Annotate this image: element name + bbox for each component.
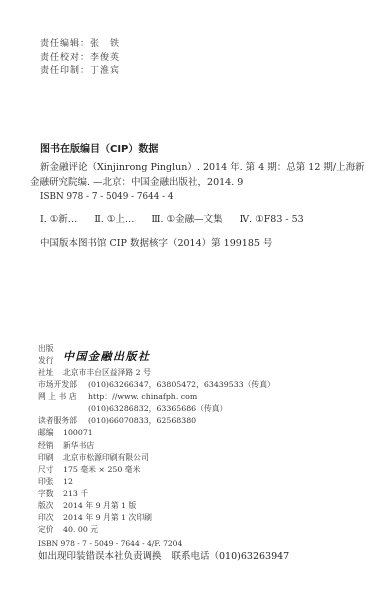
detail-value: (010)63286832，63365686（传真）: [88, 403, 227, 415]
notice-text: 如出现印装错误本社负责调换: [38, 551, 162, 562]
distribute-label: 发行: [38, 355, 54, 367]
detail-row-postcode: 邮编100071: [38, 427, 275, 439]
detail-row-reader-service: 读者服务部(010)66070833，62568380: [38, 415, 275, 427]
detail-label: [38, 403, 88, 415]
detail-label: 印次: [38, 512, 63, 524]
cip-line-2: 金融研究院编. —北京：中国金融出版社，2014. 9: [30, 175, 365, 190]
cip-classification: Ⅰ. ①新… Ⅱ. ①上… Ⅲ. ①金融—文集 Ⅳ. ①F83 - 53: [40, 211, 318, 225]
publication-details: 社址北京市丰台区益泽路 2 号 市场开发部(010)63266347，63805…: [38, 367, 275, 536]
defect-notice: 如出现印装错误本社负责调换联系电话（010)63263947: [38, 548, 289, 562]
detail-row-edition: 版次2014 年 9 月第 1 版: [38, 500, 275, 512]
notice-contact: 联系电话（010)63263947: [172, 551, 290, 562]
detail-row-distributor: 经销新华书店: [38, 440, 275, 452]
detail-row-marketing: 市场开发部(010)63266347，63805472，63439533（传真）: [38, 379, 275, 391]
publisher-logo: 中国金融出版社: [63, 348, 151, 364]
publisher-labels: 出版 发行: [38, 343, 54, 367]
detail-value: 2014 年 9 月第 1 次印刷: [63, 512, 152, 524]
detail-value: 12: [63, 476, 73, 488]
credit-value: 丁淮宾: [90, 66, 120, 76]
detail-label: 版次: [38, 500, 63, 512]
detail-label: 社址: [38, 367, 63, 379]
detail-label: 读者服务部: [38, 415, 88, 427]
detail-row-size: 尺寸175 毫米 × 250 毫米: [38, 464, 275, 476]
detail-row-online-store: 网 上 书 店http：//www. chinafph. com: [38, 391, 275, 403]
credit-label: 责任编辑：: [40, 39, 90, 49]
detail-label: 邮编: [38, 427, 63, 439]
credit-value: 李俊英: [90, 53, 120, 63]
detail-label: 字数: [38, 488, 63, 500]
credit-printing: 责任印制：丁淮宾: [40, 65, 120, 79]
cip-title: 图书在版编目（CIP）数据: [40, 140, 158, 155]
publish-label: 出版: [38, 343, 54, 355]
detail-row-online-phone: (010)63286832，63365686（传真）: [38, 403, 275, 415]
cip-number: 中国版本图书馆 CIP 数据核字（2014）第 199185 号: [40, 235, 272, 249]
detail-row-printing: 印次2014 年 9 月第 1 次印刷: [38, 512, 275, 524]
credit-proofreader: 责任校对：李俊英: [40, 52, 120, 66]
isbn-full: ISBN 978 - 7 - 5049 - 7644 - 4/F. 7204: [38, 539, 182, 548]
detail-value: 新华书店: [63, 440, 94, 452]
detail-label: 市场开发部: [38, 379, 88, 391]
detail-label: 定价: [38, 524, 63, 536]
responsibility-credits: 责任编辑：张 铁 责任校对：李俊英 责任印制：丁淮宾: [40, 38, 120, 79]
detail-value: (010)63266347，63805472，63439533（传真）: [88, 379, 275, 391]
detail-row-price: 定价40. 00 元: [38, 524, 275, 536]
detail-value: 175 毫米 × 250 毫米: [63, 464, 140, 476]
detail-label: 尺寸: [38, 464, 63, 476]
cip-isbn: ISBN 978 - 7 - 5049 - 7644 - 4: [30, 190, 365, 205]
detail-row-sheets: 印张12: [38, 476, 275, 488]
detail-value: 2014 年 9 月第 1 版: [63, 500, 136, 512]
detail-label: 经销: [38, 440, 63, 452]
classification-3: Ⅲ. ①金融—文集: [151, 214, 222, 225]
detail-label: 印张: [38, 476, 63, 488]
detail-value: (010)66070833，62568380: [88, 415, 196, 427]
detail-row-printer: 印刷北京市松源印刷有限公司: [38, 452, 275, 464]
classification-2: Ⅱ. ①上…: [94, 214, 134, 225]
detail-row-address: 社址北京市丰台区益泽路 2 号: [38, 367, 275, 379]
detail-label: 印刷: [38, 452, 63, 464]
cip-body: 新金融评论（Xinjinrong Pinglun）. 2014 年. 第 4 期…: [30, 160, 365, 205]
detail-value: http：//www. chinafph. com: [88, 391, 197, 403]
detail-value: 北京市松源印刷有限公司: [63, 452, 149, 464]
credit-editor: 责任编辑：张 铁: [40, 38, 120, 52]
classification-1: Ⅰ. ①新…: [40, 214, 77, 225]
credit-value: 张 铁: [90, 39, 120, 49]
detail-value: 40. 00 元: [63, 524, 98, 536]
detail-value: 100071: [63, 427, 93, 439]
detail-row-word-count: 字数213 千: [38, 488, 275, 500]
credit-label: 责任印制：: [40, 66, 90, 76]
detail-label: 网 上 书 店: [38, 391, 88, 403]
classification-4: Ⅳ. ①F83 - 53: [240, 214, 304, 225]
credit-label: 责任校对：: [40, 53, 90, 63]
cip-line-1: 新金融评论（Xinjinrong Pinglun）. 2014 年. 第 4 期…: [30, 160, 365, 175]
detail-value: 北京市丰台区益泽路 2 号: [63, 367, 151, 379]
detail-value: 213 千: [63, 488, 88, 500]
